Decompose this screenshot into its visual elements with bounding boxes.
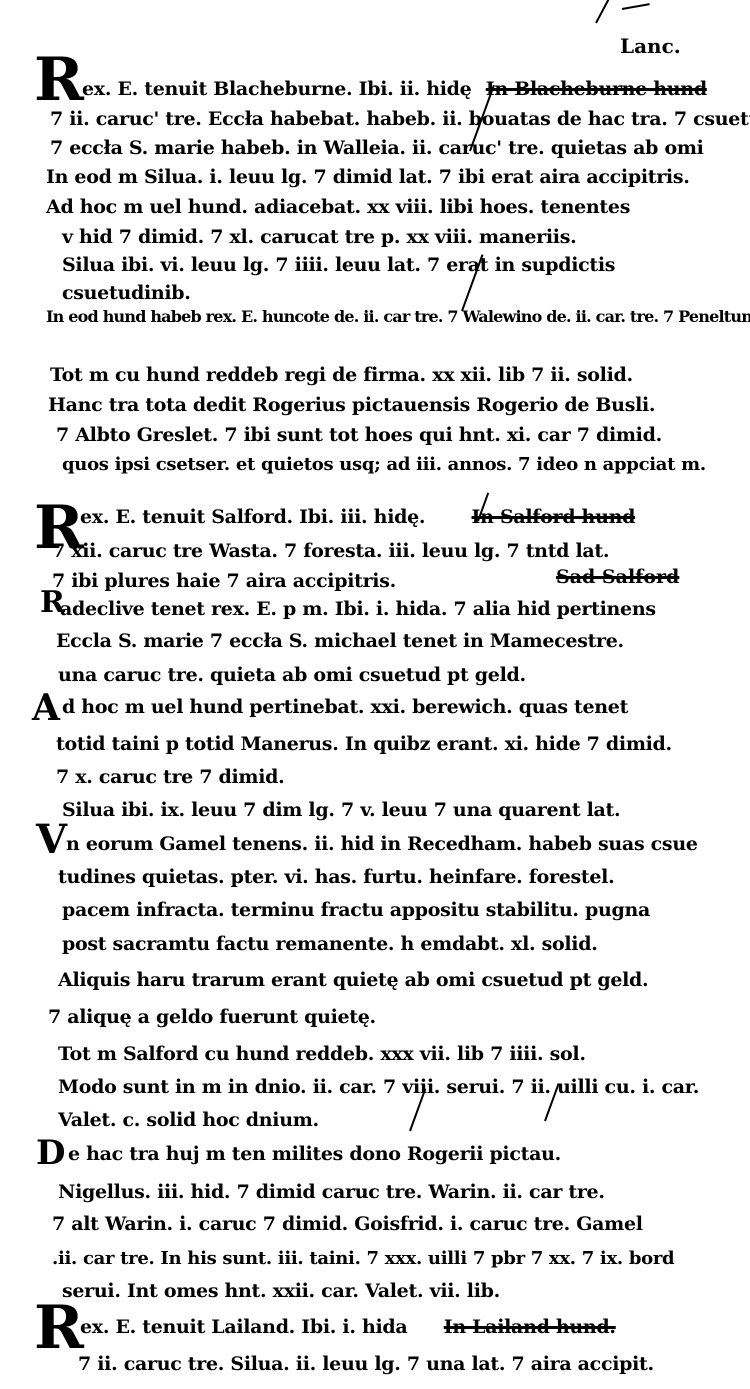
manuscript-line: Tot m Salford cu hund reddeb. xxx vii. l… (58, 1043, 586, 1065)
manuscript-line: pacem infracta. terminu fractu appositu … (62, 899, 650, 921)
manuscript-line: csuetudinib. (62, 282, 191, 304)
manuscript-line: In eod hund habeb rex. E. huncote de. ii… (46, 306, 750, 328)
line-text: ex. E. tenuit Salford. Ibi. iii. hidę. (80, 506, 425, 528)
manuscript-line: 7 x. caruc tre 7 dimid. (56, 766, 284, 788)
hundred-heading: In Salford hund (472, 506, 636, 528)
manuscript-line: 7 xii. caruc tre Wasta. 7 foresta. iii. … (52, 540, 609, 562)
manuscript-line: ex. E. tenuit Lailand. Ibi. i. hida In L… (80, 1316, 616, 1338)
margin-note-salford: Sad Salford (556, 566, 679, 588)
manuscript-line: 7 eccła S. marie habeb. in Walleia. ii. … (50, 137, 704, 159)
manuscript-line: n eorum Gamel tenens. ii. hid in Recedha… (66, 833, 698, 855)
manuscript-line: post sacramtu factu remanente. h emdabt.… (62, 933, 598, 955)
manuscript-line: ex. E. tenuit Blacheburne. Ibi. ii. hidę… (82, 78, 707, 100)
manuscript-line: tudines quietas. pter. vi. has. furtu. h… (58, 866, 614, 888)
manuscript-page: Lanc. R ex. E. tenuit Blacheburne. Ibi. … (0, 0, 750, 1389)
hundred-heading: In Blacheburne hund (486, 78, 707, 100)
manuscript-line: Aliquis haru trarum erant quietę ab omi … (58, 969, 648, 991)
manuscript-line: 7 ii. caruc' tre. Eccła habebat. habeb. … (50, 108, 750, 130)
initial-letter: R (34, 52, 84, 108)
line-text: ex. E. tenuit Blacheburne. Ibi. ii. hidę (82, 78, 471, 100)
initial-letter: D (36, 1136, 65, 1170)
manuscript-line: 7 ibi plures haie 7 aira accipitris. (52, 570, 396, 592)
line-text: ex. E. tenuit Lailand. Ibi. i. hida (80, 1316, 407, 1338)
margin-note-county: Lanc. (620, 34, 681, 58)
manuscript-line: una caruc tre. quieta ab omi csuetud pt … (58, 664, 526, 686)
manuscript-line: Tot m cu hund reddeb regi de firma. xx x… (50, 364, 633, 386)
manuscript-line: Eccla S. marie 7 eccła S. michael tenet … (56, 630, 624, 652)
manuscript-line: ex. E. tenuit Salford. Ibi. iii. hidę. I… (80, 506, 635, 528)
manuscript-line: 7 alt Warin. i. caruc 7 dimid. Goisfrid.… (52, 1213, 643, 1235)
manuscript-line: serui. Int omes hnt. xxii. car. Valet. v… (62, 1280, 500, 1302)
margin-bracket-stroke (622, 3, 650, 10)
manuscript-line: 7 Albto Greslet. 7 ibi sunt tot hoes qui… (56, 424, 662, 446)
manuscript-line: adeclive tenet rex. E. p m. Ibi. i. hida… (60, 598, 656, 620)
manuscript-line: totid taini p totid Manerus. In quibz er… (56, 733, 672, 755)
manuscript-line: Modo sunt in m in dnio. ii. car. 7 viii.… (58, 1076, 699, 1098)
margin-bracket-stroke (595, 0, 616, 23)
initial-letter: R (34, 1300, 84, 1356)
manuscript-line: Hanc tra tota dedit Rogerius pictauensis… (48, 394, 655, 416)
manuscript-line: 7 ii. caruc tre. Silua. ii. leuu lg. 7 u… (78, 1353, 654, 1375)
hundred-heading: In Lailand hund. (444, 1316, 616, 1338)
initial-letter: A (32, 690, 60, 726)
initial-letter: V (36, 820, 67, 860)
manuscript-line: d hoc m uel hund pertinebat. xxi. berewi… (62, 696, 628, 718)
manuscript-line: 7 aliquę a geldo fuerunt quietę. (48, 1006, 376, 1028)
manuscript-line: Silua ibi. vi. leuu lg. 7 iiii. leuu lat… (62, 254, 615, 276)
manuscript-line: Valet. c. solid hoc dnium. (58, 1109, 319, 1131)
manuscript-line: In eod m Silua. i. leuu lg. 7 dimid lat.… (46, 166, 690, 188)
manuscript-line: e hac tra huj m ten milites dono Rogerii… (68, 1143, 561, 1165)
manuscript-line: Nigellus. iii. hid. 7 dimid caruc tre. W… (58, 1181, 605, 1203)
manuscript-line: v hid 7 dimid. 7 xl. carucat tre p. xx v… (62, 226, 576, 248)
manuscript-line: Ad hoc m uel hund. adiacebat. xx viii. l… (46, 196, 630, 218)
manuscript-line: Silua ibi. ix. leuu 7 dim lg. 7 v. leuu … (62, 799, 620, 821)
manuscript-line: quos ipsi csetser. et quietos usq; ad ii… (62, 454, 706, 476)
manuscript-line: .ii. car tre. In his sunt. iii. taini. 7… (52, 1248, 674, 1270)
